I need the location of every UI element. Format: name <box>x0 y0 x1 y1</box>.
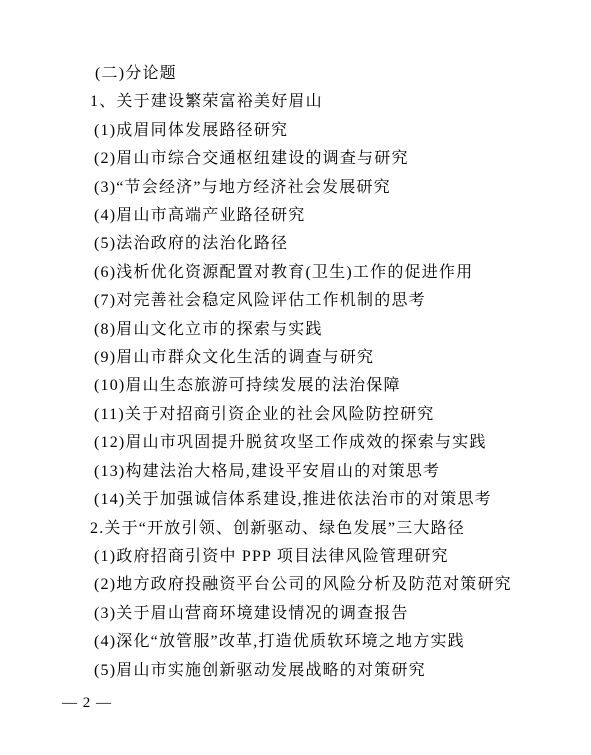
topic-item: (5)眉山市实施创新驱动发展战略的对策研究 <box>90 657 561 685</box>
topic-item: (14)关于加强诚信体系建设,推进依法治市的对策思考 <box>90 486 561 514</box>
topic-item: (4)眉山市高端产业路径研究 <box>90 202 561 230</box>
topic-item: (5)法治政府的法治化路径 <box>90 230 561 258</box>
topic-item: (11)关于对招商引资企业的社会风险防控研究 <box>90 401 561 429</box>
document-page: (二)分论题 1、关于建设繁荣富裕美好眉山 (1)成眉同体发展路径研究 (2)眉… <box>0 0 591 755</box>
group-1-heading: 1、关于建设繁荣富裕美好眉山 <box>90 88 561 116</box>
topic-item: (7)对完善社会稳定风险评估工作机制的思考 <box>90 287 561 315</box>
topic-list: (二)分论题 1、关于建设繁荣富裕美好眉山 (1)成眉同体发展路径研究 (2)眉… <box>90 60 561 685</box>
topic-item: (10)眉山生态旅游可持续发展的法治保障 <box>90 372 561 400</box>
topic-item: (3)关于眉山营商环境建设情况的调查报告 <box>90 600 561 628</box>
topic-item: (1)成眉同体发展路径研究 <box>90 117 561 145</box>
page-number: — 2 — <box>62 695 112 712</box>
topic-item: (13)构建法治大格局,建设平安眉山的对策思考 <box>90 458 561 486</box>
topic-item: (12)眉山市巩固提升脱贫攻坚工作成效的探索与实践 <box>90 429 561 457</box>
topic-item: (2)地方政府投融资平台公司的风险分析及防范对策研究 <box>90 571 561 599</box>
topic-item: (1)政府招商引资中 PPP 项目法律风险管理研究 <box>90 543 561 571</box>
group-2-heading: 2.关于“开放引领、创新驱动、绿色发展”三大路径 <box>90 515 561 543</box>
topic-item: (8)眉山文化立市的探索与实践 <box>90 316 561 344</box>
topic-item: (3)“节会经济”与地方经济社会发展研究 <box>90 174 561 202</box>
topic-item: (4)深化“放管服”改革,打造优质软环境之地方实践 <box>90 628 561 656</box>
group-2-items: (1)政府招商引资中 PPP 项目法律风险管理研究 (2)地方政府投融资平台公司… <box>90 543 561 685</box>
topic-item: (6)浅析优化资源配置对教育(卫生)工作的促进作用 <box>90 259 561 287</box>
topic-item: (2)眉山市综合交通枢纽建设的调查与研究 <box>90 145 561 173</box>
group-1-items: (1)成眉同体发展路径研究 (2)眉山市综合交通枢纽建设的调查与研究 (3)“节… <box>90 117 561 515</box>
topic-item: (9)眉山市群众文化生活的调查与研究 <box>90 344 561 372</box>
section-heading: (二)分论题 <box>90 60 561 88</box>
